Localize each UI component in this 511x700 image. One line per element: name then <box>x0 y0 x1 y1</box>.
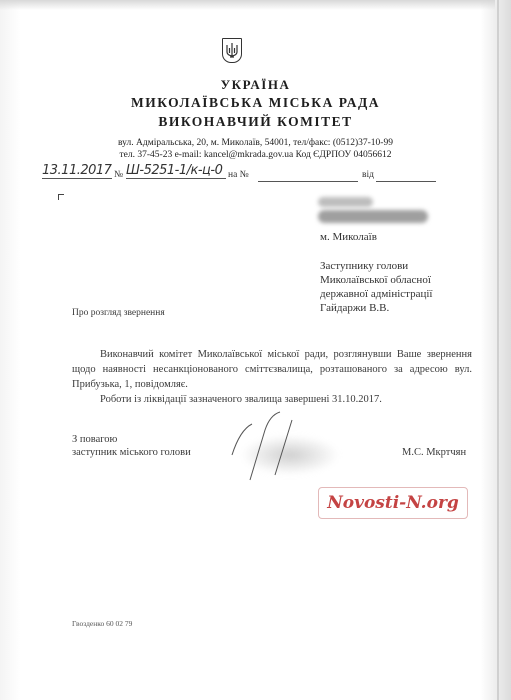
committee-heading: ВИКОНАВЧИЙ КОМІТЕТ <box>0 114 511 130</box>
trident-coat-of-arms-icon <box>222 38 242 63</box>
document-page: УКРАЇНА МИКОЛАЇВСЬКА МІСЬКА РАДА ВИКОНАВ… <box>0 0 511 700</box>
recipient-line-2: Миколаївської обласної <box>320 274 431 286</box>
country-heading: УКРАЇНА <box>0 77 511 93</box>
signatory-name: М.С. Мкртчян <box>402 447 466 458</box>
address-line-2: тел. 37-45-23 e-mail: kancel@mkrada.gov.… <box>0 150 511 160</box>
redacted-recipient-name <box>318 197 373 207</box>
from-label: від <box>362 170 374 180</box>
recipient-line-3: державної адміністрації <box>320 288 433 300</box>
address-block-corner-mark <box>58 194 64 200</box>
number-label: № <box>114 170 123 180</box>
subject-line: Про розгляд звернення <box>72 308 165 318</box>
registration-number: Ш-5251-1/к-ц-0 <box>126 163 226 179</box>
redacted-recipient-address <box>318 210 428 223</box>
council-heading: МИКОЛАЇВСЬКА МІСЬКА РАДА <box>0 95 511 111</box>
body-paragraph-2: Роботи із ліквідації зазначеного звалища… <box>72 392 472 407</box>
scan-shadow <box>0 0 495 10</box>
address-line-1: вул. Адміральська, 20, м. Миколаїв, 5400… <box>0 138 511 148</box>
recipient-line-1: Заступнику голови <box>320 260 408 272</box>
watermark-logo: Novosti-N.org <box>318 487 468 519</box>
signatory-position: заступник міського голови <box>72 447 191 458</box>
signature-strokes <box>220 410 300 490</box>
executor-footer: Гвозденко 60 02 79 <box>72 619 132 628</box>
reply-to-label: на № <box>228 170 249 180</box>
recipient-city: м. Миколаїв <box>320 231 377 243</box>
registration-date: 13.11.2017 <box>42 163 112 179</box>
from-field <box>376 170 436 182</box>
recipient-line-4: Гайдаржи В.В. <box>320 302 389 314</box>
closing: З повагою <box>72 434 117 445</box>
body-paragraph-1: Виконавчий комітет Миколаївської міської… <box>72 347 472 392</box>
reply-to-field <box>258 170 358 182</box>
